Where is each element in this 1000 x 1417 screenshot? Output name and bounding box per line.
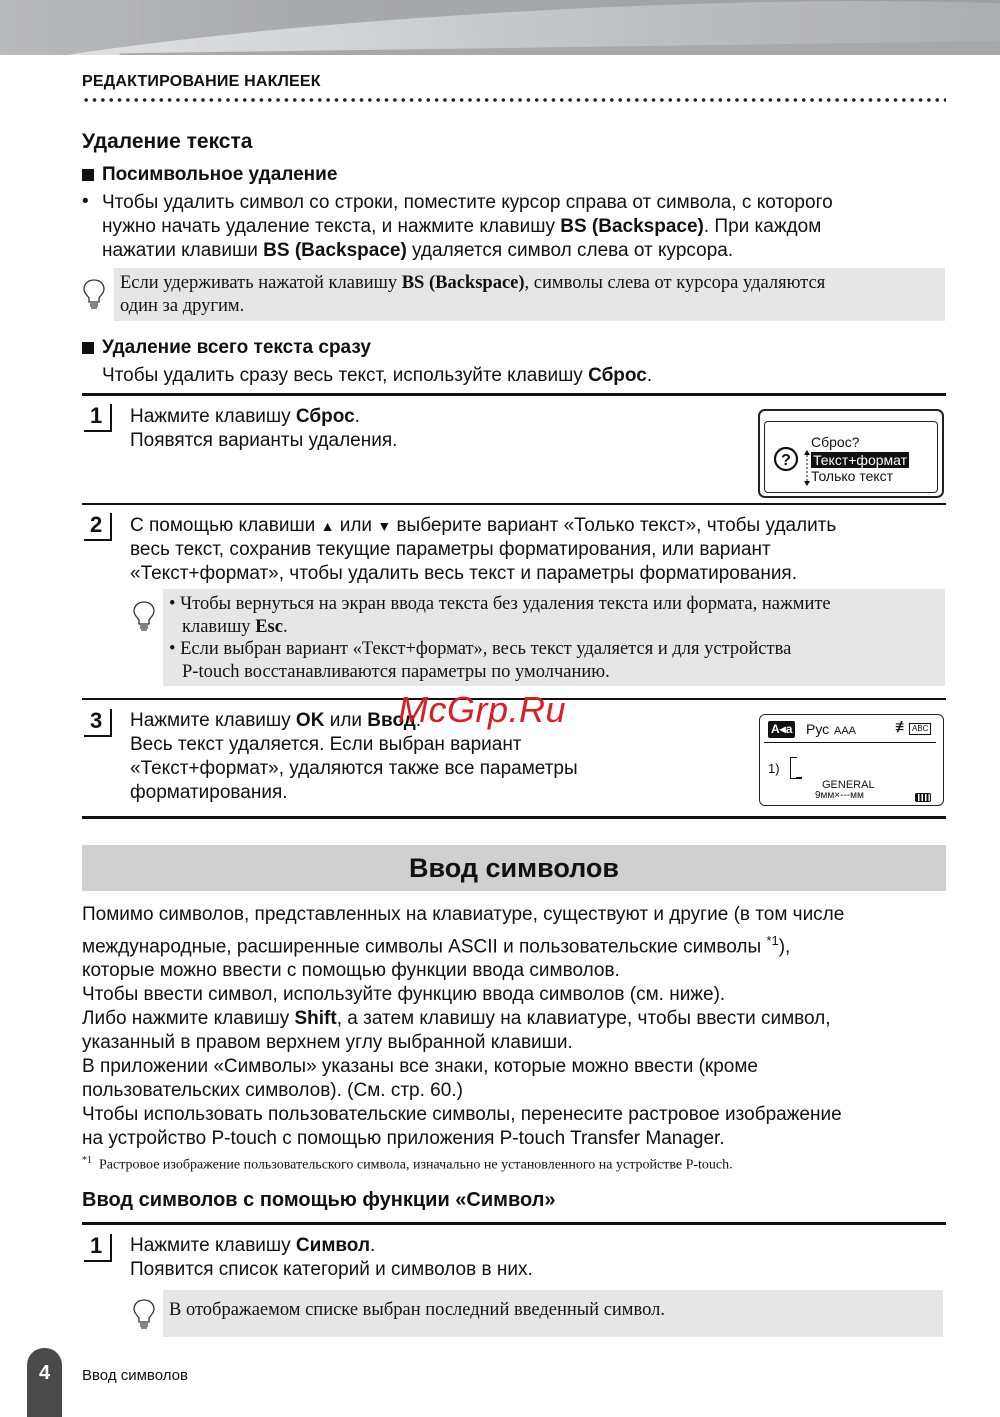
text-line: Появится список категорий и символов в н… [130, 1258, 533, 1282]
up-arrow-icon: ▲ [321, 518, 335, 534]
symbol-step-1-text: Нажмите клавишу Символ. Появится список … [130, 1234, 533, 1282]
note-line: • Если выбран вариант «Текст+формат», ве… [169, 638, 939, 661]
delete-all-intro: Чтобы удалить сразу весь текст, использу… [102, 364, 652, 388]
svg-text:?: ? [781, 452, 791, 469]
text-line: Либо нажмите клавишу Shift, а затем клав… [82, 1007, 844, 1031]
lightbulb-tip-icon [132, 1298, 156, 1330]
text-line: международные, расширенные символы ASCII… [82, 929, 844, 959]
symbol-intro-paragraph: Помимо символов, представленных на клави… [82, 903, 844, 1151]
text-line: Чтобы ввести символ, используйте функцию… [82, 983, 844, 1007]
lcd-screen-reset: ? Сброс? Текст+формат Только текст [758, 409, 944, 498]
scroll-updown-icon [803, 450, 811, 486]
square-bullet-icon [82, 169, 94, 181]
section-rule [82, 1222, 946, 1225]
down-arrow-icon: ▼ [377, 518, 391, 534]
watermark: McGrp.Ru [398, 689, 566, 731]
step-number-1: 1 [84, 1234, 112, 1262]
text-line: Чтобы использовать пользовательские симв… [82, 1103, 844, 1127]
lcd-tape-size: 9мм×---мм [815, 790, 864, 801]
text-line: Помимо символов, представленных на клави… [82, 903, 844, 927]
note-line: Если удерживать нажатой клавишу BS (Back… [120, 272, 939, 295]
section-rule [82, 816, 946, 819]
note-line: • Чтобы вернуться на экран ввода текста … [169, 593, 939, 616]
subsection-title-symbol-function: Ввод символов с помощью функции «Символ» [82, 1189, 556, 1212]
subsection-title-text: Посимвольное удаление [102, 164, 337, 186]
running-head: РЕДАКТИРОВАНИЕ НАКЛЕЕК [82, 73, 321, 91]
note-line: один за другим. [120, 295, 939, 318]
note-line: клавишу Esc. [169, 616, 939, 639]
lcd-option-selected[interactable]: Текст+формат [811, 452, 909, 468]
page-number: 4 [27, 1348, 62, 1417]
square-bullet-icon [82, 342, 94, 354]
battery-icon [915, 793, 931, 802]
footnote-ref: *1 [766, 933, 778, 948]
step-number-3: 3 [84, 709, 112, 737]
footnote-mark: *1 [82, 1155, 92, 1166]
dotted-divider [82, 97, 946, 103]
text-line: Весь текст удаляется. Если выбран вариан… [130, 733, 578, 757]
font-size-icon: AAA [834, 723, 856, 739]
step-number-1: 1 [84, 404, 112, 432]
lcd-display-area: ? Сброс? Текст+формат Только текст [764, 421, 938, 493]
note-line: P-touch восстанавливаются параметры по у… [169, 661, 939, 684]
step-2-text: С помощью клавиши ▲ или ▼ выберите вариа… [130, 514, 836, 586]
question-icon: ? [773, 446, 799, 472]
lcd-question: Сброс? [811, 434, 860, 450]
text-line: на устройство P-touch с помощью приложен… [82, 1127, 844, 1151]
text-line: которые можно ввести с помощью функции в… [82, 959, 844, 983]
text-line: С помощью клавиши ▲ или ▼ выберите вариа… [130, 514, 836, 538]
lcd-cursor [790, 757, 797, 779]
footnote: *1 Растровое изображение пользовательско… [82, 1155, 733, 1174]
text-line: весь текст, сохранив текущие параметры ф… [130, 538, 836, 562]
text-line: указанный в правом верхнем углу выбранно… [82, 1031, 844, 1055]
lightbulb-tip-icon [132, 600, 156, 632]
tip-note: Если удерживать нажатой клавишу BS (Back… [114, 268, 945, 321]
lcd-line-number: 1) [768, 761, 780, 777]
text-line: В приложении «Символы» указаны все знаки… [82, 1055, 844, 1079]
text-line: «Текст+формат», удаляются также все пара… [130, 757, 578, 781]
text-line: нужно начать удаление текста, и нажмите … [102, 215, 833, 239]
text-line: Нажмите клавишу Сброс. [130, 405, 397, 429]
bullet-dot: • [82, 191, 89, 213]
subsection-title-delete-all: Удаление всего текста сразу [82, 337, 371, 359]
text-line: пользовательских символов). (См. стр. 60… [82, 1079, 844, 1103]
footer-section-label: Ввод символов [82, 1367, 188, 1384]
lcd-language: Рус [806, 721, 829, 737]
step-number-2: 2 [84, 513, 112, 541]
lightbulb-tip-icon [82, 278, 106, 310]
step-1-text: Нажмите клавишу Сброс. Появятся варианты… [130, 405, 397, 453]
lcd-cursor-base [796, 777, 802, 779]
subsection-title-text: Удаление всего текста сразу [102, 337, 371, 359]
text-line: форматирования. [130, 781, 578, 805]
abc-indicator: ABC [909, 723, 931, 735]
char-delete-paragraph: Чтобы удалить символ со строки, поместит… [102, 191, 833, 263]
text-line: Нажмите клавишу Символ. [130, 1234, 533, 1258]
text-line: Чтобы удалить символ со строки, поместит… [102, 191, 833, 215]
text-line: «Текст+формат», чтобы удалить весь текст… [130, 562, 836, 586]
section-title-symbol-input: Ввод символов [82, 845, 946, 891]
text-line: нажатии клавиши BS (Backspace) удаляется… [102, 239, 833, 263]
lcd-option[interactable]: Только текст [811, 468, 893, 484]
header-banner [0, 0, 1000, 55]
tip-note-symbol: В отображаемом списке выбран последний в… [163, 1290, 943, 1337]
lcd-separator [764, 742, 936, 743]
section-title-delete-text: Удаление текста [82, 130, 252, 154]
section-rule [82, 393, 946, 396]
subsection-title-char-delete: Посимвольное удаление [82, 164, 337, 186]
lcd-mode-indicator: A◂a [768, 721, 795, 738]
text-line: Появятся варианты удаления. [130, 429, 397, 453]
step-divider [82, 503, 946, 505]
lcd-screen-input: A◂a Рус AAA ≢ ABC 1) GENERAL 9мм×---мм [759, 714, 944, 806]
tip-note-step-2: • Чтобы вернуться на экран ввода текста … [163, 589, 945, 686]
